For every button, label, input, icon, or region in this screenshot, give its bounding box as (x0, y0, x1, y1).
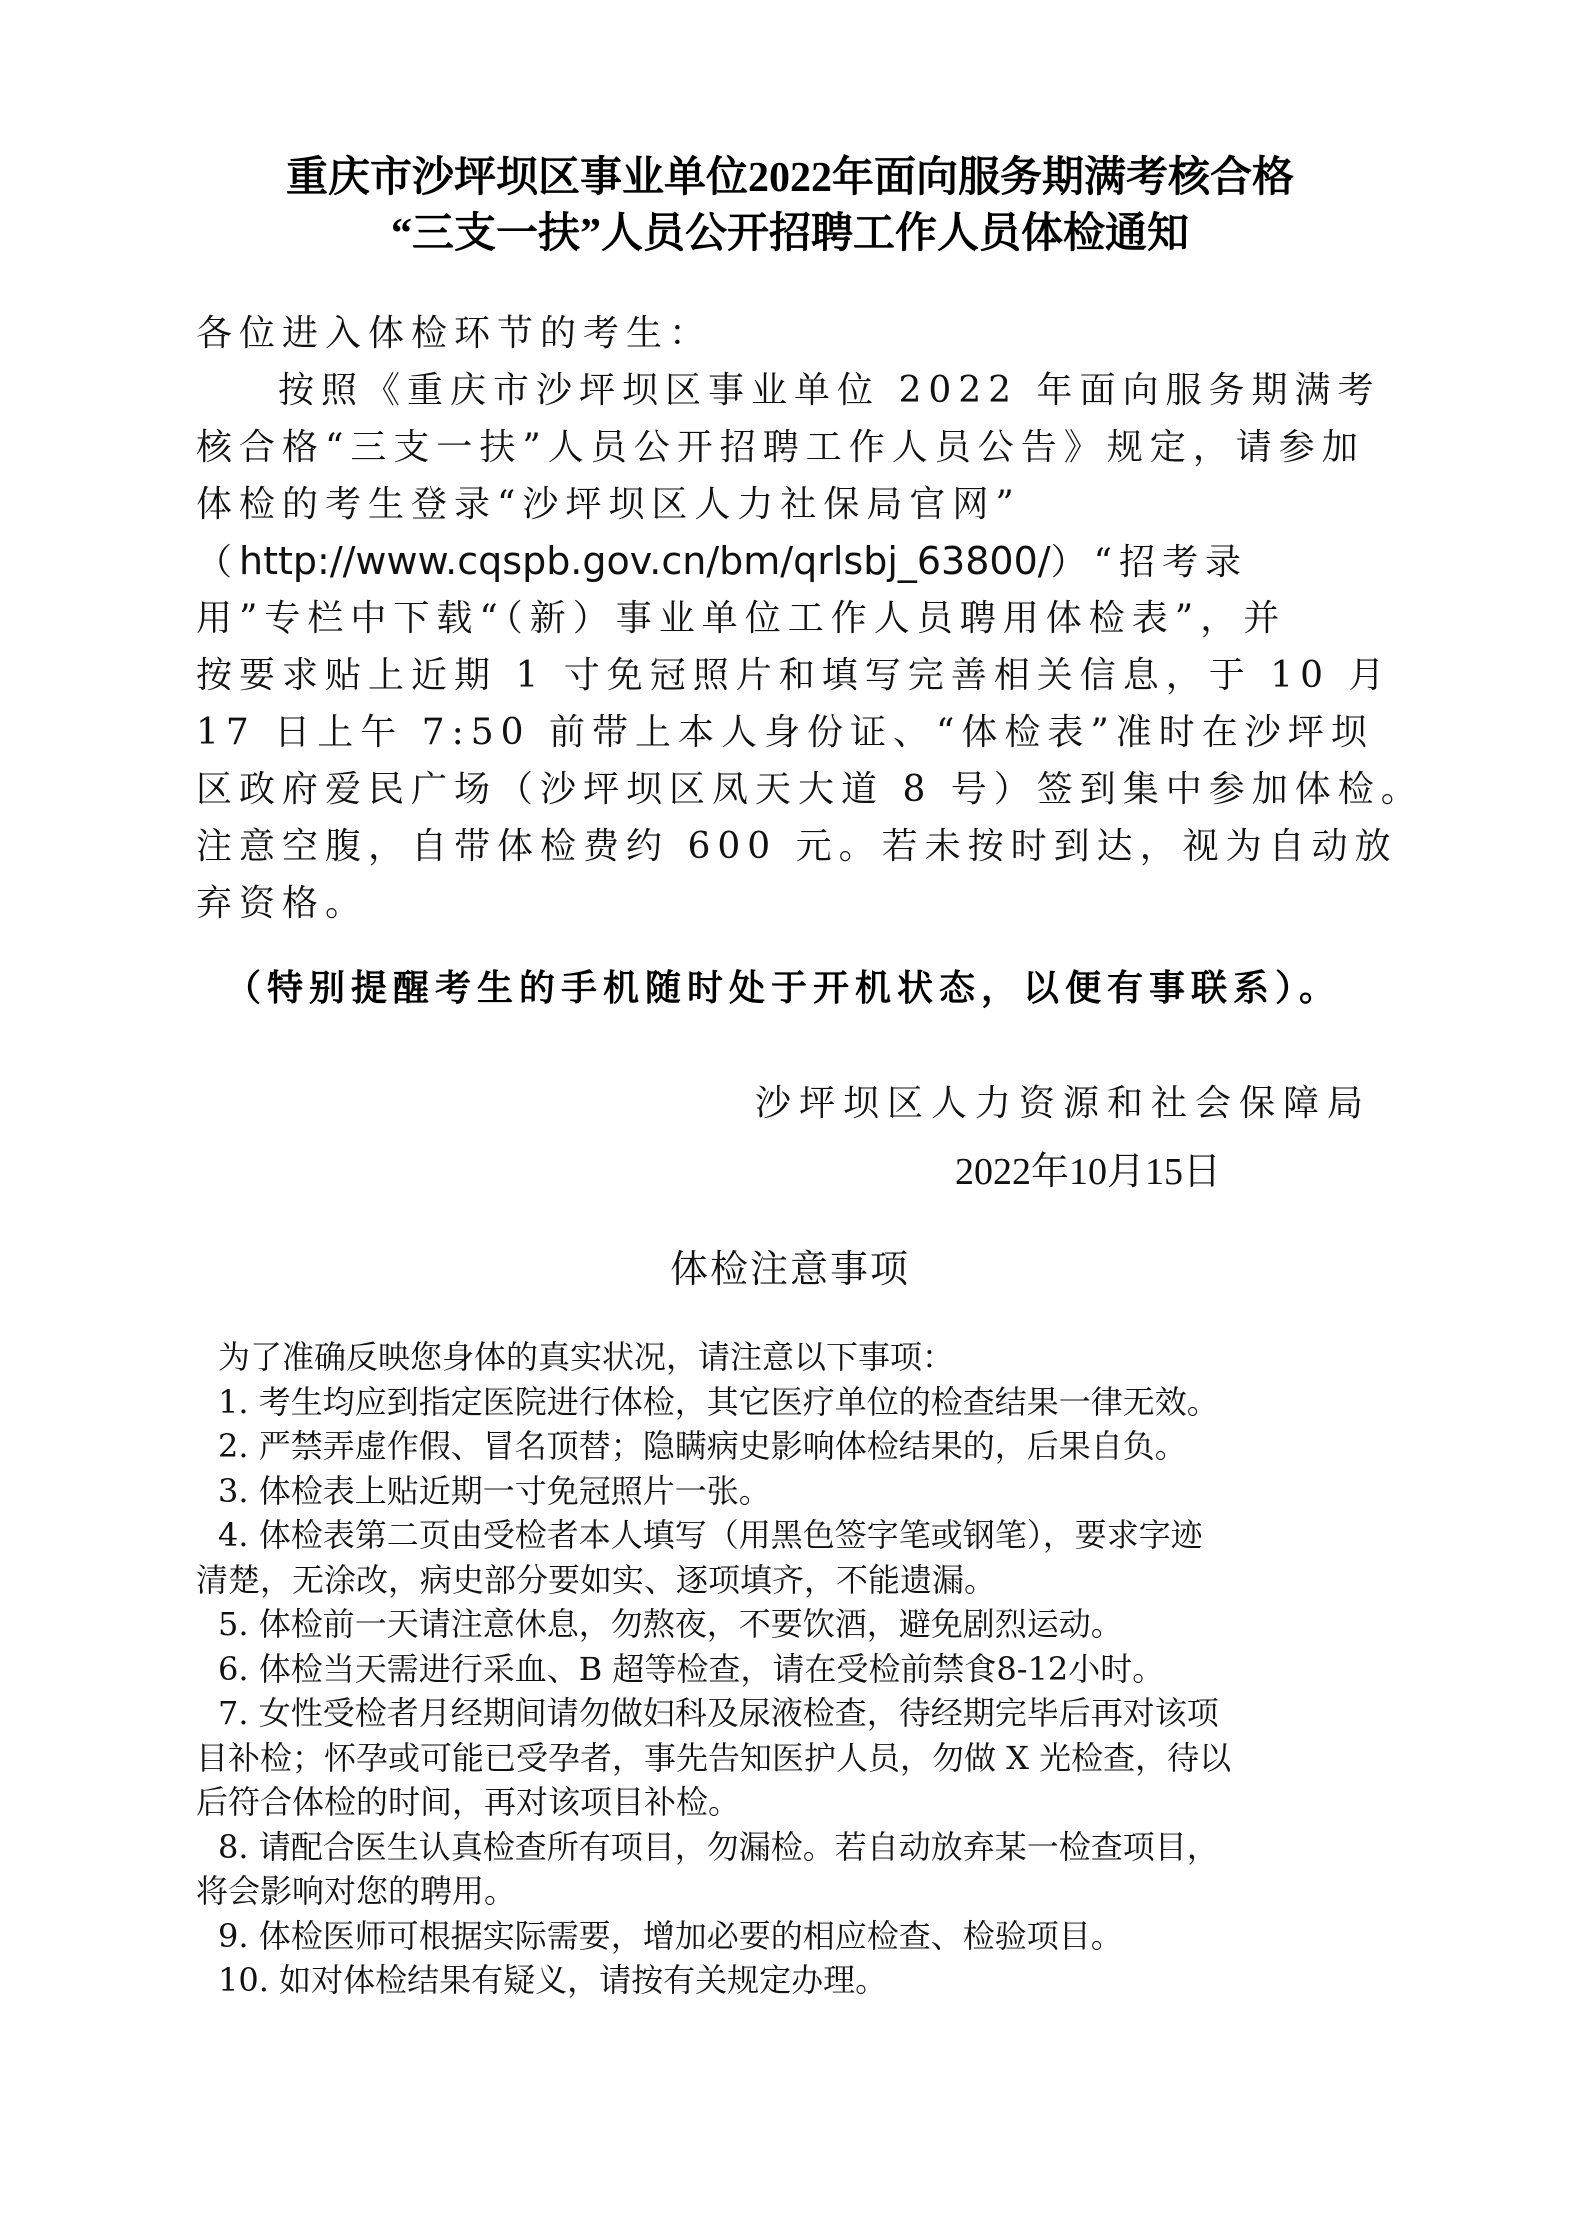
note-item-8: 8. 请配合医生认真检查所有项目，勿漏检。若自动放弃某一检查项目， (196, 1825, 1406, 1870)
salutation: 各位进入体检环节的考生： (196, 305, 1366, 362)
note-item-2: 2. 严禁弄虚作假、冒名顶替；隐瞒病史影响体检结果的，后果自负。 (196, 1424, 1406, 1469)
hr-bureau-url-link[interactable]: http://www.cqspb.gov.cn/bm/qrlsbj_63800/ (239, 539, 1051, 583)
body-line: 弃资格。 (196, 875, 1366, 932)
phone-reminder: （特别提醒考生的手机随时处于开机状态，以便有事联系）。 (225, 960, 1341, 1011)
notes-section-title: 体检注意事项 (0, 1238, 1580, 1293)
url-open-paren: （ (196, 542, 239, 583)
note-item-6: 6. 体检当天需进行采血、B 超等检查，请在受检前禁食8-12小时。 (196, 1647, 1406, 1692)
url-line: （http://www.cqspb.gov.cn/bm/qrlsbj_63800… (196, 533, 1366, 590)
body-line: 注意空腹，自带体检费约 600 元。若未按时到达，视为自动放 (196, 818, 1366, 875)
note-item-4: 4. 体检表第二页由受检者本人填写（用黑色签字笔或钢笔），要求字迹 (196, 1513, 1406, 1558)
body-line: 体检的考生登录“沙坪坝区人力社保局官网” (196, 476, 1366, 533)
document-page: 重庆市沙坪坝区事业单位2022年面向服务期满考核合格 “三支一扶”人员公开招聘工… (0, 0, 1580, 2237)
issue-date: 2022年10月15日 (955, 1140, 1221, 1195)
body-line: 按照《重庆市沙坪坝区事业单位 2022 年面向服务期满考 (196, 362, 1366, 419)
note-item-10: 10. 如对体检结果有疑义，请按有关规定办理。 (196, 1958, 1406, 2003)
note-item-1: 1. 考生均应到指定医院进行体检，其它医疗单位的检查结果一律无效。 (196, 1380, 1406, 1425)
body-line: 按要求贴上近期 1 寸免冠照片和填写完善相关信息，于 10 月 (196, 647, 1366, 704)
url-close-text: ）“招考录 (1051, 542, 1248, 583)
body-line: 核合格“三支一扶”人员公开招聘工作人员公告》规定，请参加 (196, 419, 1366, 476)
note-item-7-cont: 目补检；怀孕或可能已受孕者，事先告知医护人员，勿做 X 光检查，待以 (196, 1736, 1406, 1781)
notes-intro: 为了准确反映您身体的真实状况，请注意以下事项： (196, 1335, 1406, 1380)
note-item-7: 7. 女性受检者月经期间请勿做妇科及尿液检查，待经期完毕后再对该项 (196, 1691, 1406, 1736)
note-item-3: 3. 体检表上贴近期一寸免冠照片一张。 (196, 1469, 1406, 1514)
document-title-line-1: 重庆市沙坪坝区事业单位2022年面向服务期满考核合格 (0, 150, 1580, 206)
notice-body: 各位进入体检环节的考生： 按照《重庆市沙坪坝区事业单位 2022 年面向服务期满… (196, 305, 1366, 932)
body-line: 17 日上午 7:50 前带上本人身份证、“体检表”准时在沙坪坝 (196, 704, 1366, 761)
issuer-signature: 沙坪坝区人力资源和社会保障局 (755, 1075, 1371, 1126)
note-item-7-cont: 后符合体检的时间，再对该项目补检。 (196, 1780, 1406, 1825)
note-item-8-cont: 将会影响对您的聘用。 (196, 1869, 1406, 1914)
note-item-4-cont: 清楚，无涂改，病史部分要如实、逐项填齐，不能遗漏。 (196, 1558, 1406, 1603)
notes-list: 为了准确反映您身体的真实状况，请注意以下事项： 1. 考生均应到指定医院进行体检… (196, 1335, 1406, 2003)
body-line: 区政府爱民广场（沙坪坝区凤天大道 8 号）签到集中参加体检。 (196, 761, 1366, 818)
document-title-line-2: “三支一扶”人员公开招聘工作人员体检通知 (0, 206, 1580, 262)
note-item-9: 9. 体检医师可根据实际需要，增加必要的相应检查、检验项目。 (196, 1914, 1406, 1959)
body-line: 用”专栏中下载“（新）事业单位工作人员聘用体检表”，并 (196, 590, 1366, 647)
note-item-5: 5. 体检前一天请注意休息，勿熬夜，不要饮酒，避免剧烈运动。 (196, 1602, 1406, 1647)
